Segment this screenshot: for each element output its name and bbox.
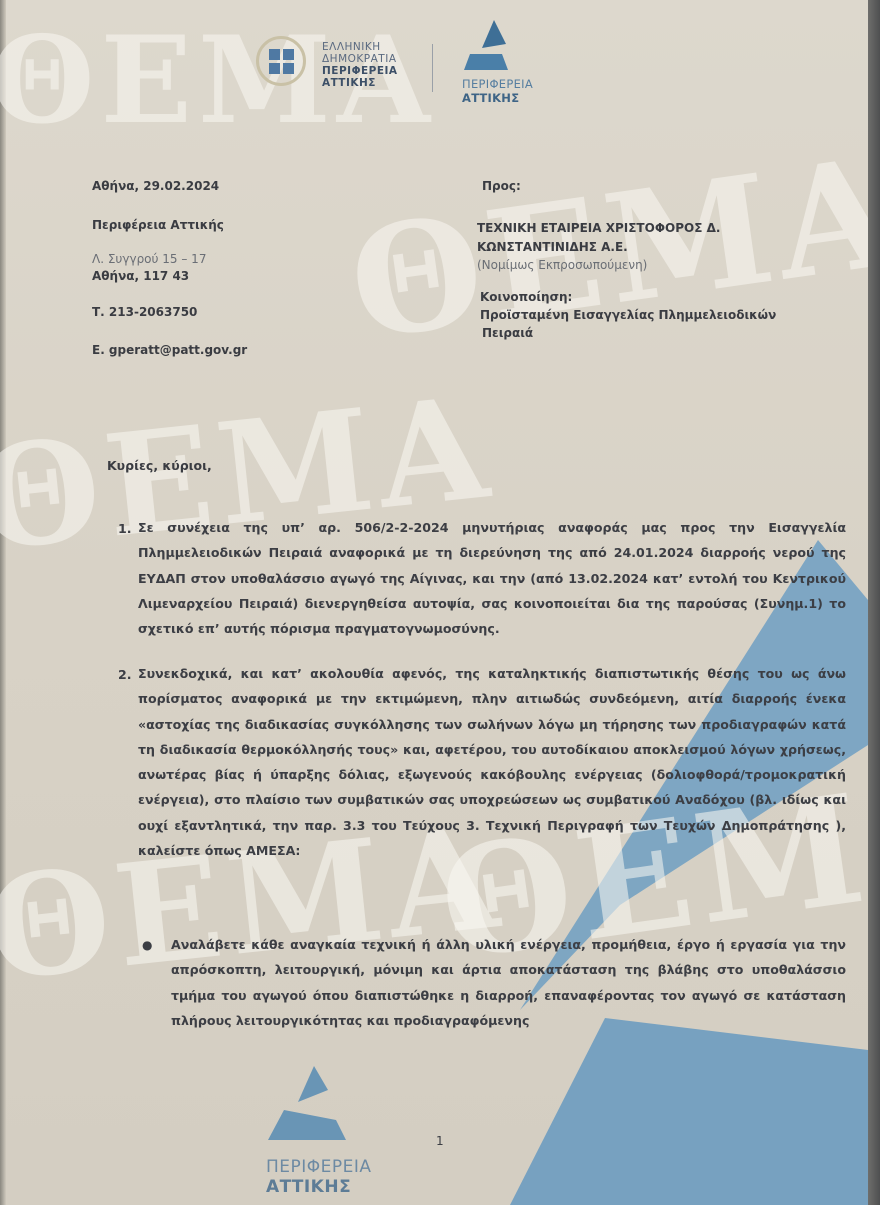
- sender-organization: Περιφέρεια Αττικής: [92, 218, 224, 232]
- sender-street: Λ. Συγγρού 15 – 17: [92, 252, 206, 266]
- bullet-icon: ●: [142, 938, 152, 952]
- item-number: 2.: [118, 667, 132, 682]
- sender-phone: Τ. 213-2063750: [92, 305, 197, 319]
- triangle-logo-icon: [462, 18, 512, 72]
- gov-logo-text: ΕΛΛΗΝΙΚΗ ΔΗΜΟΚΡΑΤΙΑ ΠΕΡΙΦΕΡΕΙΑ ΑΤΤΙΚΗΣ: [322, 41, 398, 89]
- footer-logo-text: ΠΕΡΙΦΕΡΕΙΑ ΑΤΤΙΚΗΣ: [266, 1157, 372, 1197]
- header-divider: [432, 44, 433, 92]
- recipient-company-line1: ΤΕΧΝΙΚΗ ΕΤΑΙΡΕΙΑ ΧΡΙΣΤΟΦΟΡΟΣ Δ.: [477, 221, 720, 235]
- to-label: Προς:: [482, 179, 521, 193]
- cc-line2: Πειραιά: [482, 326, 533, 340]
- sender-email[interactable]: Ε. gperatt@patt.gov.gr: [92, 343, 247, 357]
- cc-label: Κοινοποίηση:: [480, 290, 572, 304]
- letter-content: ΕΛΛΗΝΙΚΗ ΔΗΜΟΚΡΑΤΙΑ ΠΕΡΙΦΕΡΕΙΑ ΑΤΤΙΚΗΣ Π…: [0, 0, 880, 1205]
- item-paragraph: Συνεκδοχικά, και κατ’ ακολουθία αφενός, …: [138, 661, 846, 863]
- triangle-logo-icon: [266, 1064, 356, 1144]
- cc-line1: Προϊσταμένη Εισαγγελίας Πλημμελειοδικών: [480, 308, 776, 322]
- recipient-company-line2: ΚΩΝΣΤΑΝΤΙΝΙΔΗΣ Α.Ε.: [477, 240, 628, 254]
- page-number: 1: [436, 1134, 444, 1148]
- region-logo-text: ΠΕΡΙΦΕΡΕΙΑ ΑΤΤΙΚΗΣ: [462, 77, 533, 105]
- greek-emblem-icon: [256, 36, 306, 86]
- item-paragraph: Σε συνέχεια της υπ’ αρ. 506/2-2-2024 μην…: [138, 515, 846, 641]
- sender-city: Αθήνα, 117 43: [92, 269, 189, 283]
- recipient-note: (Νομίμως Εκπροσωπούμενη): [477, 258, 647, 272]
- letter-date: Αθήνα, 29.02.2024: [92, 179, 219, 193]
- salutation: Κυρίες, κύριοι,: [107, 459, 212, 473]
- item-number: 1.: [118, 521, 132, 536]
- bullet-paragraph: Αναλάβετε κάθε αναγκαία τεχνική ή άλλη υ…: [171, 932, 846, 1033]
